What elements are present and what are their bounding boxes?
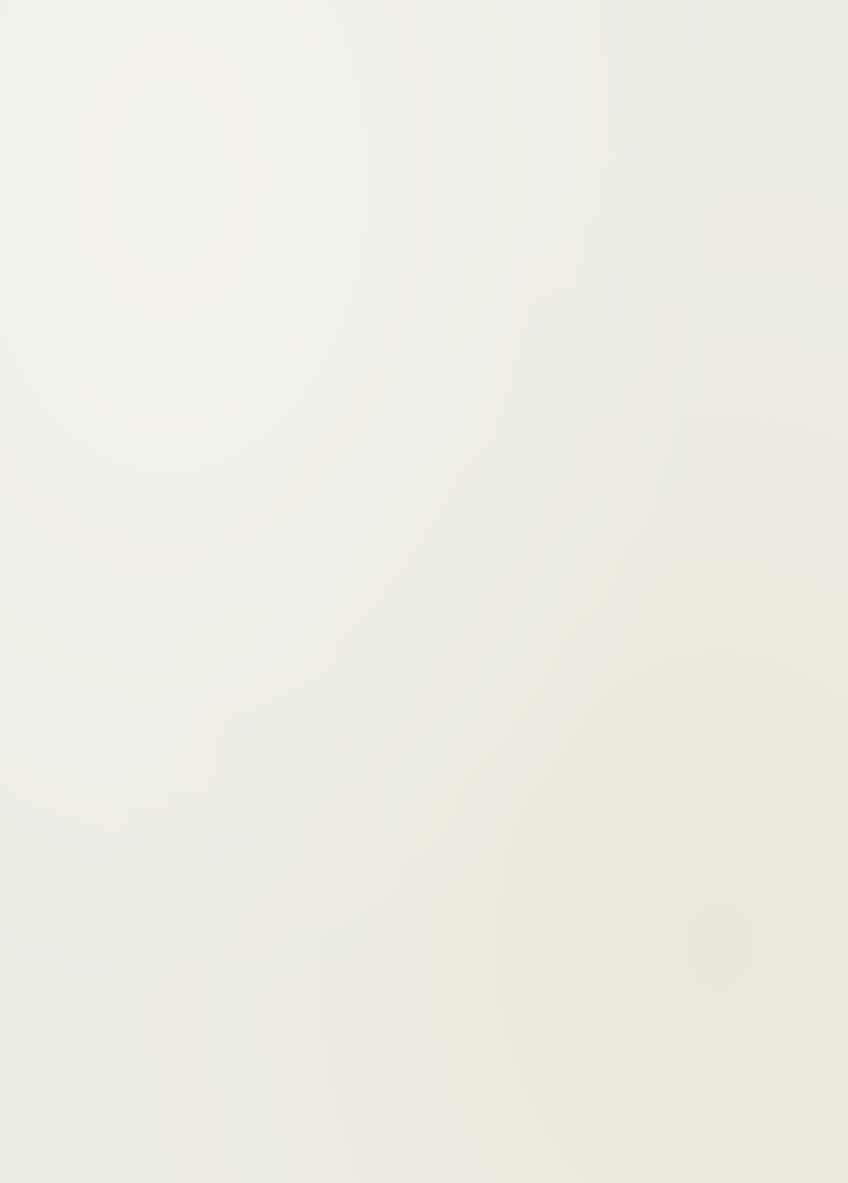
header-reference — [8, 32, 26, 52]
manuscript-page — [0, 0, 848, 1183]
